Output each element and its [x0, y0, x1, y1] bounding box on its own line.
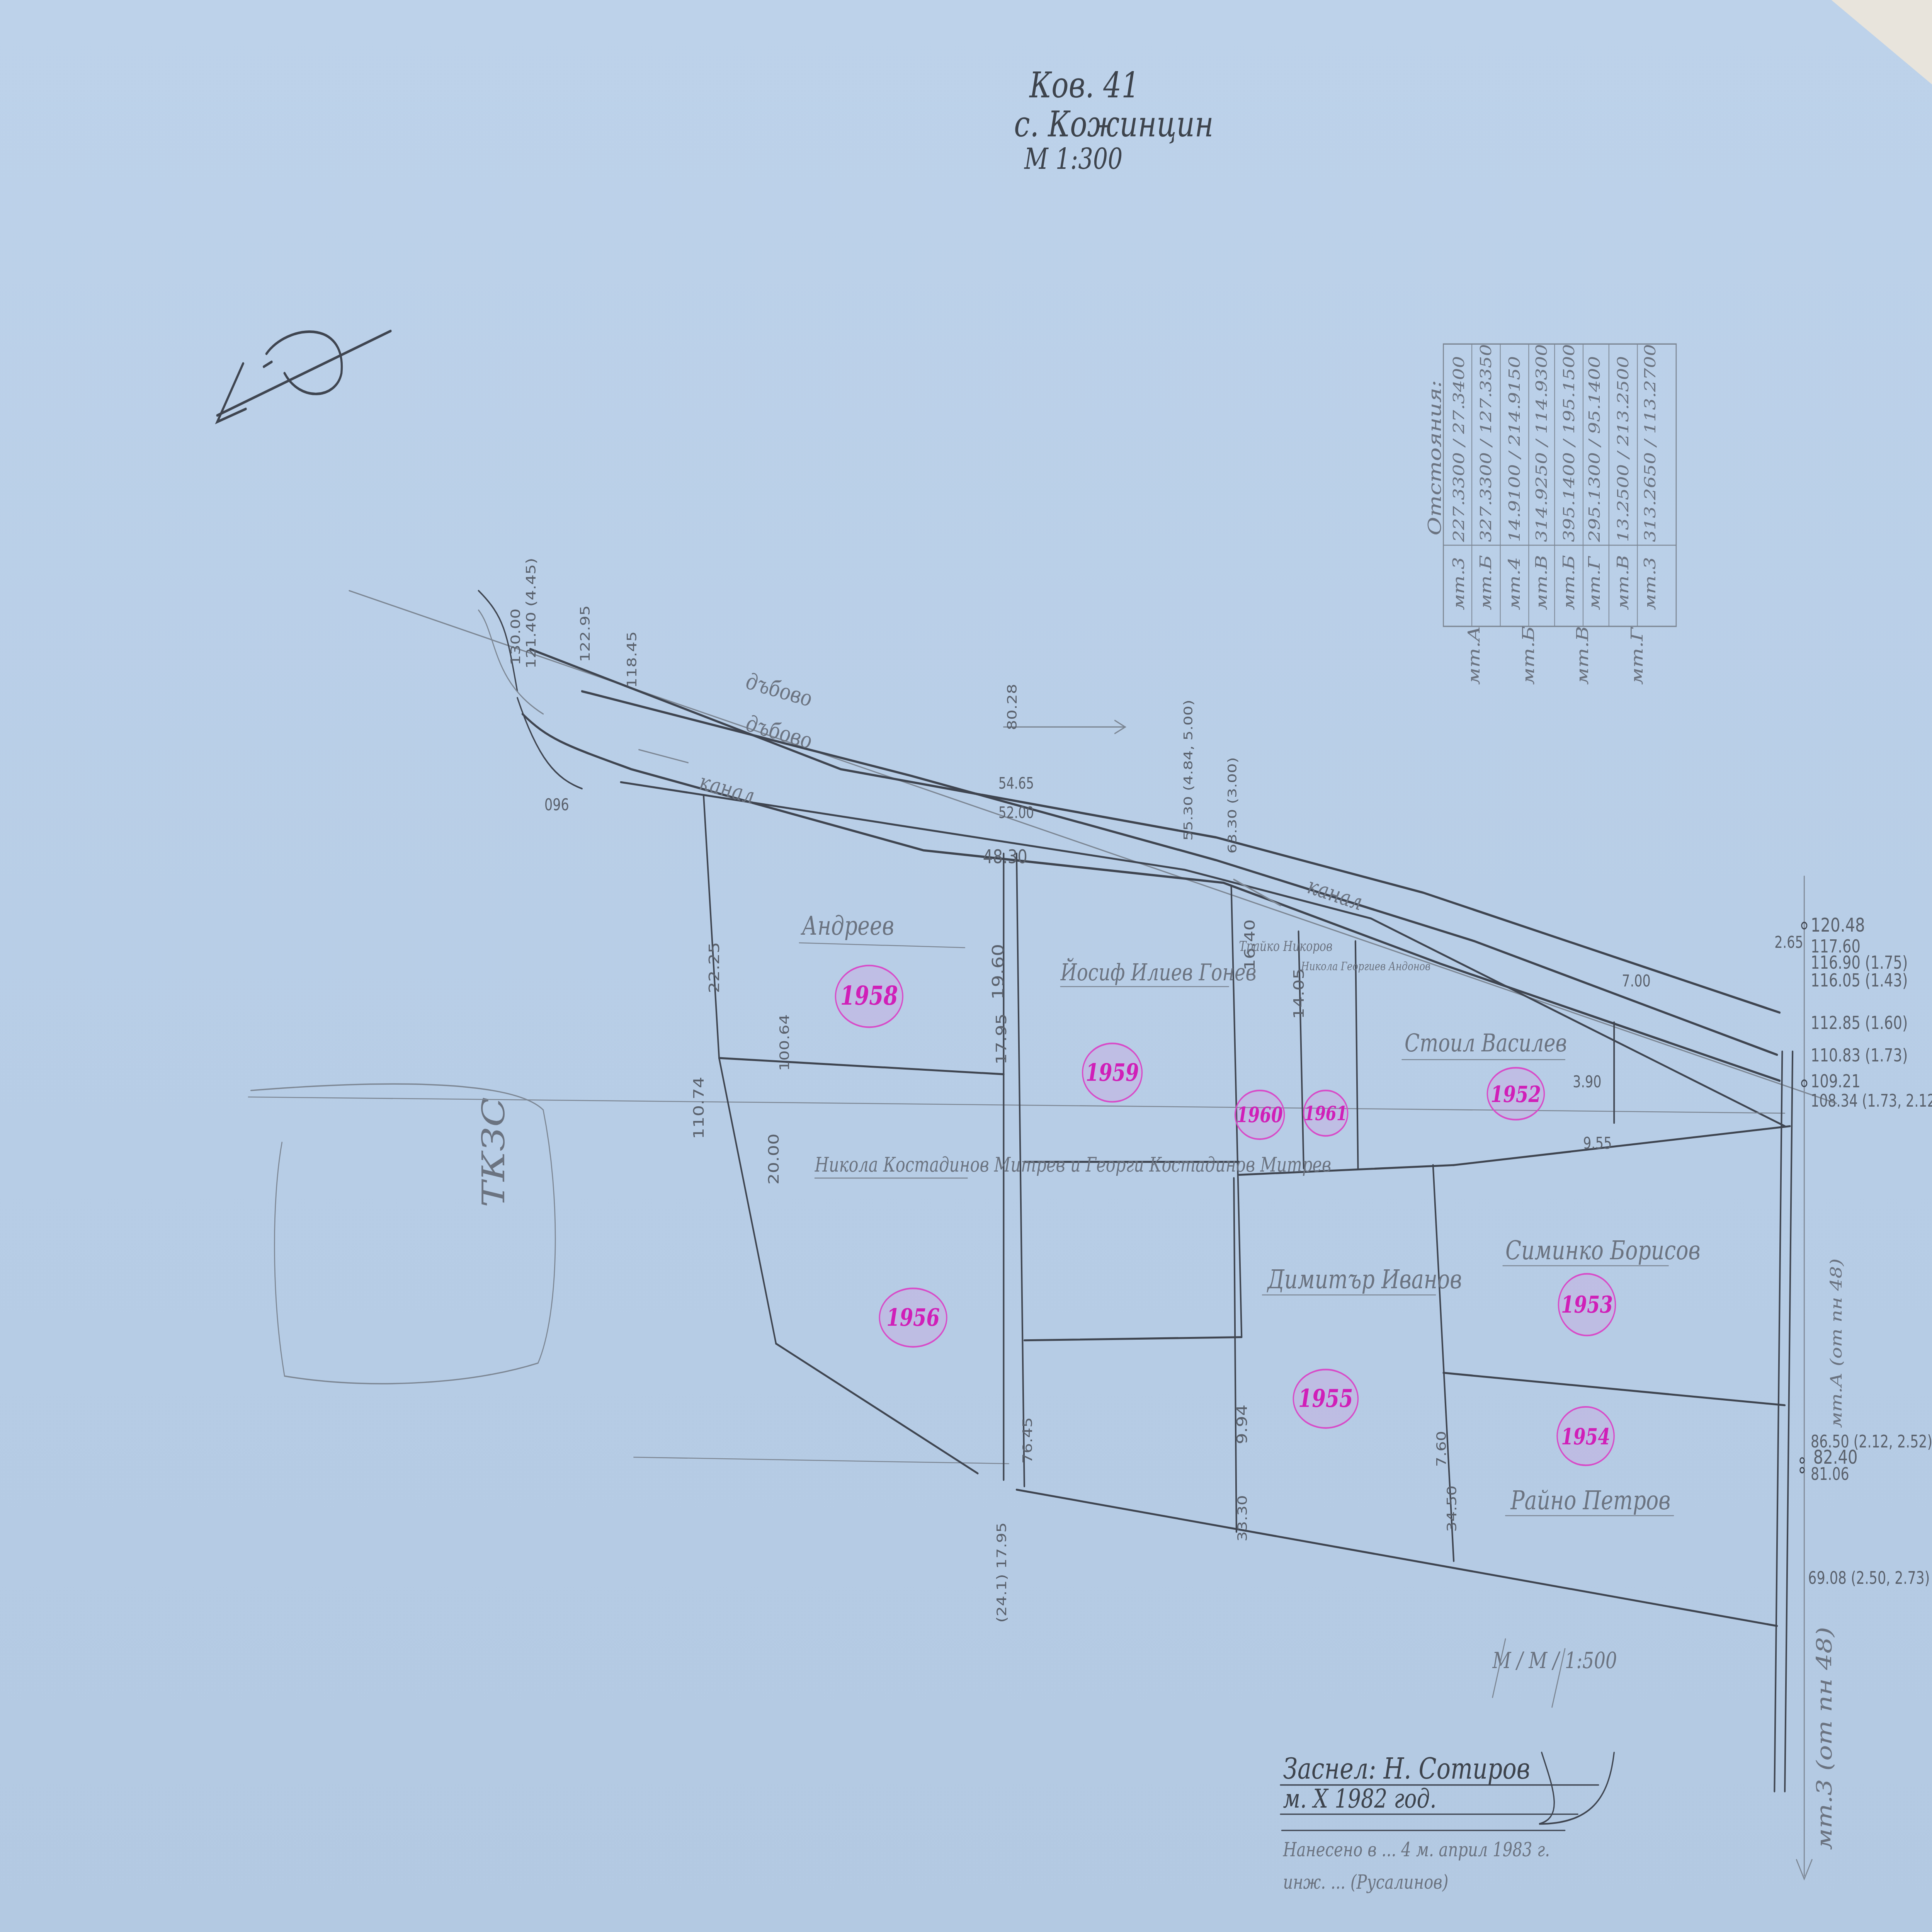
measurement: 76.45 — [1020, 1417, 1035, 1464]
measurement: 63.30 (3.00) — [1225, 757, 1240, 854]
owner-name: Стоил Василев — [1405, 1029, 1567, 1058]
table-ref: мт.A — [1464, 626, 1483, 685]
measurement: 17.95 — [993, 1014, 1010, 1065]
side-note-text: М / М / 1:500 — [1492, 1647, 1617, 1674]
signature-block: Заснел: Н. Сотиров м. X 1982 год. Нанесе… — [1281, 1752, 1614, 1893]
signature-scribble — [1539, 1753, 1614, 1824]
road-label: канал — [697, 768, 757, 810]
survey-axis — [1796, 876, 1812, 1879]
measurement: 7.60 — [1434, 1431, 1449, 1467]
owner-name: Симинко Борисов — [1505, 1236, 1701, 1265]
measurement: 33.30 — [1235, 1495, 1250, 1541]
axis-value: 120.48 — [1811, 913, 1865, 936]
engineer-signature: инж. ... (Русалинов) — [1283, 1871, 1448, 1894]
measurement: 3.90 — [1573, 1072, 1602, 1091]
measurement: 48.30 — [983, 845, 1027, 868]
measurement: 118.45 — [624, 631, 639, 688]
table-ref: мт.Б — [1519, 626, 1538, 685]
table-cell: 327.3300 / 127.3350 — [1478, 344, 1495, 542]
table-cell: 395.1400 / 195.1500 — [1560, 344, 1578, 542]
table-cell: 13.2500 / 213.2500 — [1615, 356, 1632, 542]
table-ref: мт.Г — [1628, 627, 1646, 685]
parcel-number: 1956 — [886, 1304, 940, 1332]
measurement: 122.95 — [578, 605, 593, 662]
table-cell: 313.2650 / 113.2700 — [1642, 344, 1659, 542]
owner-name: Райно Петров — [1510, 1486, 1671, 1515]
table-point: мт.Б — [1560, 555, 1578, 610]
owner-name: Никола Костадинов Митрев и Георги Костад… — [815, 1153, 1331, 1177]
measurement: 110.74 — [690, 1077, 707, 1139]
segment-measurements: 48.30 17.95 19.60 16.40 14.05 100.64 22.… — [508, 558, 1651, 1623]
survey-sheet: Ков. 41 с. Кожинцин М 1:300 Отстояния: 2… — [0, 0, 1932, 1932]
measurement: 130.00 — [508, 609, 523, 665]
table-cell: 314.9250 / 114.9300 — [1533, 344, 1551, 542]
title-line-2: с. Кожинцин — [1014, 103, 1213, 145]
measurement: 9.94 — [1233, 1405, 1250, 1444]
table-point: мт.4 — [1505, 557, 1524, 610]
owner-name: Трайко Никоров — [1239, 938, 1333, 954]
axis-value: 112.85 (1.60) — [1811, 1012, 1908, 1033]
parcel-number: 1953 — [1561, 1291, 1613, 1318]
plotted-date: Нанесено в ... 4 м. април 1983 г. — [1283, 1838, 1550, 1861]
cadastral-map: Ков. 41 с. Кожинцин М 1:300 Отстояния: 2… — [0, 0, 1932, 1932]
table-cell: 295.1300 / 95.1400 — [1586, 356, 1604, 543]
table-point: мт.В — [1532, 555, 1551, 610]
survey-date: м. X 1982 год. — [1283, 1784, 1436, 1814]
road-label: дъбово — [744, 710, 814, 755]
measurement: 80.28 — [1005, 684, 1020, 730]
measurement: 34.50 — [1444, 1485, 1459, 1532]
table-ref: мт.В — [1573, 626, 1592, 685]
measurement: 14.05 — [1291, 968, 1307, 1019]
parcel-number: 1960 — [1237, 1103, 1283, 1128]
table-cell: 14.9100 / 214.9150 — [1506, 356, 1524, 542]
measurement: 121.40 (4.45) — [524, 558, 539, 669]
parcel-number: 1959 — [1086, 1058, 1139, 1087]
owner-name: Никола Георгиев Андонов — [1301, 960, 1430, 973]
distances-table: Отстояния: 227.3300 / 27.3400 327.3300 /… — [1424, 344, 1676, 685]
parcel-number: 1955 — [1298, 1384, 1353, 1413]
measurement: 52.00 — [998, 803, 1034, 822]
axis-measurements: 120.48 117.60 116.90 (1.75) 116.05 (1.43… — [1774, 913, 1932, 1850]
owner-name: Йосиф Илиев Гонев — [1060, 957, 1257, 986]
measurement: 9.55 — [1583, 1134, 1612, 1153]
measurement: 19.60 — [989, 944, 1007, 1000]
axis-value: 2.65 — [1774, 933, 1803, 952]
axis-value: 81.06 — [1811, 1464, 1849, 1484]
axis-point-label: мт.А (от пн 48) — [1827, 1259, 1845, 1428]
side-note: М / М / 1:500 — [1492, 1639, 1617, 1707]
road-labels: дъбово дъбово канал канал ТКЗС — [476, 668, 1364, 1207]
owner-name: Андреев — [801, 911, 894, 941]
axis-value: 69.08 (2.50, 2.73) — [1808, 1568, 1930, 1588]
parcel-number: 1952 — [1491, 1080, 1541, 1107]
measurement: 22.25 — [706, 942, 723, 993]
scale-label: М 1:300 — [1024, 142, 1122, 176]
parcel-number: 1958 — [840, 981, 898, 1011]
table-point: мт.Б — [1477, 555, 1495, 610]
parcel-number: 1954 — [1561, 1424, 1610, 1450]
road-label: дъбово — [744, 668, 814, 713]
table-cell: 227.3300 / 27.3400 — [1451, 356, 1468, 543]
measurement: 100.64 — [777, 1014, 792, 1071]
measurement: 54.65 — [998, 774, 1034, 793]
axis-value: 116.05 (1.43) — [1811, 970, 1908, 991]
sheet-title: Ков. 41 с. Кожинцин М 1:300 — [1014, 64, 1213, 176]
tkzs-label: ТКЗС — [476, 1097, 512, 1207]
axis-point-label: мт.3 (от пн 48) — [1813, 1627, 1837, 1850]
measurement: 960 — [544, 794, 569, 813]
table-point: мт.В — [1614, 555, 1632, 610]
title-line-1: Ков. 41 — [1029, 64, 1139, 106]
owner-name: Димитър Иванов — [1267, 1265, 1462, 1295]
axis-value: 110.83 (1.73) — [1811, 1044, 1908, 1065]
table-point: мт.3 — [1641, 557, 1659, 610]
folded-corner — [1832, 0, 1932, 84]
measurement: 20.00 — [765, 1133, 782, 1184]
table-point: мт.Г — [1585, 556, 1604, 610]
axis-value: 109.21 — [1811, 1071, 1861, 1092]
surveyor-line: Заснел: Н. Сотиров — [1283, 1752, 1530, 1786]
measurement: (24.1) 17.95 — [994, 1522, 1009, 1623]
table-point: мт.3 — [1450, 557, 1468, 610]
measurement: 7.00 — [1622, 972, 1651, 991]
parcel-number: 1961 — [1304, 1102, 1347, 1125]
axis-value: 108.34 (1.73, 2.12) — [1811, 1091, 1932, 1111]
measurement: 55.30 (4.84, 5.00) — [1181, 700, 1196, 841]
north-arrow-icon — [217, 331, 391, 422]
table-heading: Отстояния: — [1424, 380, 1446, 536]
